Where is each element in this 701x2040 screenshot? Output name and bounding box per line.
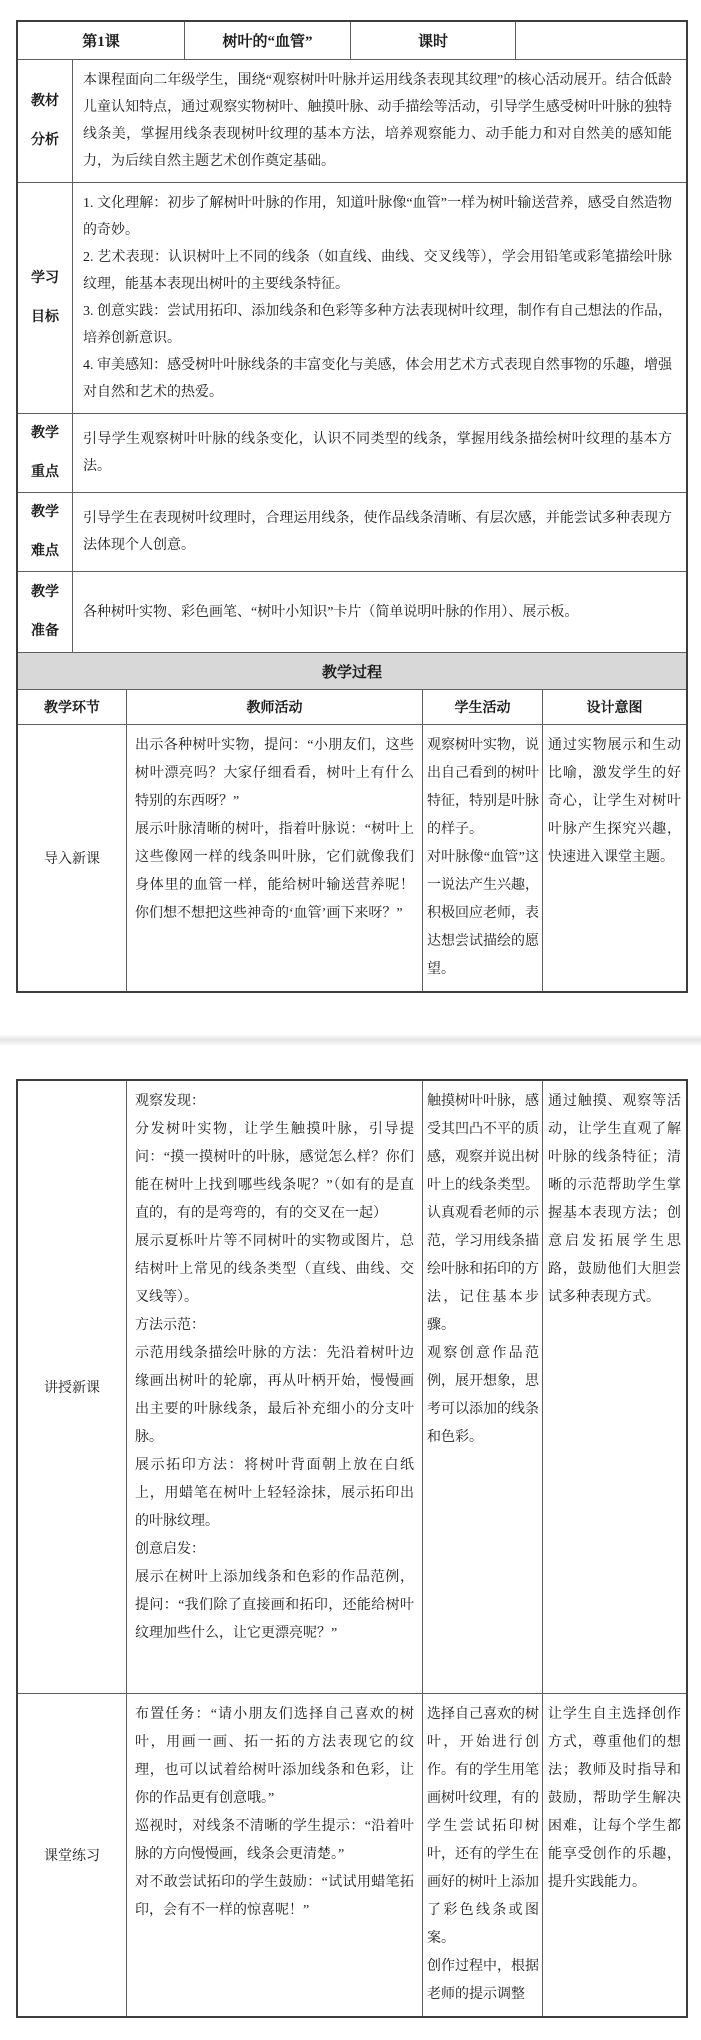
material-analysis-content: 本课程面向二年级学生，围绕“观察树叶叶脉并运用线条表现其纹理”的核心活动展开。结…	[72, 60, 686, 182]
learning-goals-label: 学习 目标	[18, 183, 72, 413]
page-one: 第1课 树叶的“血管” 课时 教材 分析 本课程面向二年级学生，围绕“观察树叶叶…	[0, 0, 701, 993]
design-intent-cell: 通过触摸、观察等活动，让学生直观了解叶脉的线条特征；清晰的示范帮助学生掌握基本表…	[542, 1081, 686, 1693]
stage-name: 导入新课	[18, 725, 126, 991]
cell-paragraph: 观察发现：	[135, 1088, 414, 1116]
page-separator	[0, 1035, 701, 1045]
label-line: 教材	[31, 88, 59, 115]
cell-paragraph: 巡视时，对线条不清晰的学生提示：“沿着叶脉的方向慢慢画，线条会更清楚。”	[135, 1813, 414, 1869]
teaching-difficulty-label: 教学 难点	[18, 493, 72, 571]
cell-paragraph: 出示各种树叶实物，提问：“小朋友们，这些树叶漂亮吗？大家仔细看看，树叶上有什么特…	[135, 732, 414, 816]
cell-paragraph: 本课程面向二年级学生，围绕“观察树叶叶脉并运用线条表现其纹理”的核心活动展开。结…	[83, 67, 672, 175]
label-line: 准备	[31, 618, 59, 645]
cell-paragraph: 选择自己喜欢的树叶，开始进行创作。有的学生用笔画树叶纹理，有的学生尝试拓印树叶，…	[427, 1701, 539, 1953]
cell-paragraph: 展示夏栎叶片等不同树叶的实物或图片，总结树叶上常见的线条类型（直线、曲线、交叉线…	[135, 1228, 414, 1312]
cell-paragraph: 通过实物展示和生动比喻，激发学生的好奇心，让学生对树叶叶脉产生探究兴趣，快速进入…	[548, 732, 681, 872]
cell-paragraph: 观察创意作品范例，展开想象，思考可以添加的线条和色彩。	[427, 1340, 539, 1452]
teaching-preparation-row: 教学 准备 各种树叶实物、彩色画笔、“树叶小知识”卡片（简单说明叶脉的作用）、展…	[18, 571, 686, 652]
lesson-plan-table: 第1课 树叶的“血管” 课时 教材 分析 本课程面向二年级学生，围绕“观察树叶叶…	[16, 20, 688, 993]
cell-paragraph: 通过触摸、观察等活动，让学生直观了解叶脉的线条特征；清晰的示范帮助学生掌握基本表…	[548, 1088, 681, 1312]
cell-paragraph: 布置任务：“请小朋友们选择自己喜欢的树叶，用画一画、拓一拓的方法表现它的纹理，也…	[135, 1701, 414, 1813]
cell-paragraph: 方法示范：	[135, 1312, 414, 1340]
process-row-practice: 课堂练习 布置任务：“请小朋友们选择自己喜欢的树叶，用画一画、拓一拓的方法表现它…	[18, 1693, 686, 2016]
column-header-stage: 教学环节	[18, 690, 126, 724]
teaching-focus-label: 教学 重点	[18, 414, 72, 492]
stage-name: 讲授新课	[18, 1081, 126, 1693]
cell-paragraph: 展示叶脉清晰的树叶，指着叶脉说：“树叶上这些像网一样的线条叫叶脉，它们就像我们身…	[135, 816, 414, 928]
column-header-student: 学生活动	[422, 690, 542, 724]
cell-paragraph: 创意启发：	[135, 1536, 414, 1564]
stage-name: 课堂练习	[18, 1694, 126, 2016]
column-header-intent: 设计意图	[542, 690, 686, 724]
teaching-difficulty-row: 教学 难点 引导学生在表现树叶纹理时，合理运用线条，使作品线条清晰、有层次感，并…	[18, 492, 686, 571]
cell-paragraph: 创作过程中，根据老师的提示调整	[427, 1953, 539, 2009]
cell-paragraph: 2. 艺术表现：认识树叶上不同的线条（如直线、曲线、交叉线等），学会用铅笔或彩笔…	[83, 244, 672, 298]
cell-paragraph: 认真观看老师的示范，学习用线条描绘叶脉和拓印的方法，记住基本步骤。	[427, 1200, 539, 1340]
teacher-activity-cell: 观察发现： 分发树叶实物，让学生触摸叶脉，引导提问：“摸一摸树叶的叶脉，感觉怎么…	[126, 1081, 422, 1693]
cell-paragraph: 4. 审美感知：感受树叶叶脉线条的丰富变化与美感，体会用艺术方式表现自然事物的乐…	[83, 352, 672, 406]
label-line: 教学	[31, 579, 59, 606]
cell-paragraph: 引导学生观察树叶叶脉的线条变化，认识不同类型的线条，掌握用线条描绘树叶纹理的基本…	[83, 426, 672, 480]
teaching-difficulty-content: 引导学生在表现树叶纹理时，合理运用线条，使作品线条清晰、有层次感，并能尝试多种表…	[72, 493, 686, 571]
period-value-cell	[515, 22, 686, 59]
process-header-row: 教学环节 教师活动 学生活动 设计意图	[18, 689, 686, 724]
teacher-activity-cell: 出示各种树叶实物，提问：“小朋友们，这些树叶漂亮吗？大家仔细看看，树叶上有什么特…	[126, 725, 422, 991]
learning-goals-row: 学习 目标 1. 文化理解：初步了解树叶叶脉的作用，知道叶脉像“血管”一样为树叶…	[18, 182, 686, 413]
teaching-preparation-label: 教学 准备	[18, 572, 72, 652]
process-banner-title: 教学过程	[18, 653, 686, 689]
teaching-preparation-content: 各种树叶实物、彩色画笔、“树叶小知识”卡片（简单说明叶脉的作用）、展示板。	[72, 572, 686, 652]
lesson-title-cell: 树叶的“血管”	[184, 22, 350, 59]
cell-paragraph: 示范用线条描绘叶脉的方法：先沿着树叶边缘画出树叶的轮廓，再从叶柄开始，慢慢画出主…	[135, 1340, 414, 1452]
teacher-activity-cell: 布置任务：“请小朋友们选择自己喜欢的树叶，用画一画、拓一拓的方法表现它的纹理，也…	[126, 1694, 422, 2016]
material-analysis-row: 教材 分析 本课程面向二年级学生，围绕“观察树叶叶脉并运用线条表现其纹理”的核心…	[18, 59, 686, 182]
cell-paragraph: 展示拓印方法：将树叶背面朝上放在白纸上，用蜡笔在树叶上轻轻涂抹，展示拓印出的叶脉…	[135, 1452, 414, 1536]
lesson-number-cell: 第1课	[18, 22, 184, 59]
label-line: 目标	[31, 304, 59, 331]
cell-paragraph: 3. 创意实践：尝试用拓印、添加线条和色彩等多种方法表现树叶纹理，制作有自己想法…	[83, 298, 672, 352]
cell-paragraph: 展示在树叶上添加线条和色彩的作品范例，提问：“我们除了直接画和拓印，还能给树叶纹…	[135, 1564, 414, 1648]
cell-paragraph: 对不敢尝试拓印的学生鼓励：“试试用蜡笔拓印，会有不一样的惊喜呢！”	[135, 1869, 414, 1925]
label-line: 分析	[31, 127, 59, 154]
cell-paragraph: 引导学生在表现树叶纹理时，合理运用线条，使作品线条清晰、有层次感，并能尝试多种表…	[83, 505, 672, 559]
learning-goals-content: 1. 文化理解：初步了解树叶叶脉的作用，知道叶脉像“血管”一样为树叶输送营养，感…	[72, 183, 686, 413]
design-intent-cell: 通过实物展示和生动比喻，激发学生的好奇心，让学生对树叶叶脉产生探究兴趣，快速进入…	[542, 725, 686, 991]
teaching-focus-content: 引导学生观察树叶叶脉的线条变化，认识不同类型的线条，掌握用线条描绘树叶纹理的基本…	[72, 414, 686, 492]
label-line: 教学	[31, 420, 59, 447]
label-line: 重点	[31, 459, 59, 486]
cell-paragraph: 让学生自主选择创作方式，尊重他们的想法；教师及时指导和鼓励，帮助学生解决困难，让…	[548, 1701, 681, 1897]
student-activity-cell: 选择自己喜欢的树叶，开始进行创作。有的学生用笔画树叶纹理，有的学生尝试拓印树叶，…	[422, 1694, 542, 2016]
teaching-focus-row: 教学 重点 引导学生观察树叶叶脉的线条变化，认识不同类型的线条，掌握用线条描绘树…	[18, 413, 686, 492]
cell-paragraph: 触摸树叶叶脉，感受其凹凸不平的质感，观察并说出树叶上的线条类型。	[427, 1088, 539, 1200]
process-banner-row: 教学过程	[18, 652, 686, 689]
label-line: 难点	[31, 538, 59, 565]
title-row: 第1课 树叶的“血管” 课时	[18, 22, 686, 59]
page-two: 讲授新课 观察发现： 分发树叶实物，让学生触摸叶脉，引导提问：“摸一摸树叶的叶脉…	[0, 1079, 701, 2040]
label-line: 学习	[31, 265, 59, 292]
material-analysis-label: 教材 分析	[18, 60, 72, 182]
cell-paragraph: 对叶脉像“血管”这一说法产生兴趣，积极回应老师，表达想尝试描绘的愿望。	[427, 844, 539, 984]
column-header-teacher: 教师活动	[126, 690, 422, 724]
period-label-cell: 课时	[350, 22, 515, 59]
cell-paragraph: 观察树叶实物，说出自己看到的树叶特征，特别是叶脉的样子。	[427, 732, 539, 844]
student-activity-cell: 观察树叶实物，说出自己看到的树叶特征，特别是叶脉的样子。 对叶脉像“血管”这一说…	[422, 725, 542, 991]
label-line: 教学	[31, 499, 59, 526]
process-row-intro: 导入新课 出示各种树叶实物，提问：“小朋友们，这些树叶漂亮吗？大家仔细看看，树叶…	[18, 724, 686, 991]
design-intent-cell: 让学生自主选择创作方式，尊重他们的想法；教师及时指导和鼓励，帮助学生解决困难，让…	[542, 1694, 686, 2016]
process-table-continued: 讲授新课 观察发现： 分发树叶实物，让学生触摸叶脉，引导提问：“摸一摸树叶的叶脉…	[16, 1079, 688, 2018]
cell-paragraph: 1. 文化理解：初步了解树叶叶脉的作用，知道叶脉像“血管”一样为树叶输送营养，感…	[83, 190, 672, 244]
cell-paragraph: 各种树叶实物、彩色画笔、“树叶小知识”卡片（简单说明叶脉的作用）、展示板。	[83, 599, 672, 626]
cell-paragraph: 分发树叶实物，让学生触摸叶脉，引导提问：“摸一摸树叶的叶脉，感觉怎么样？你们能在…	[135, 1116, 414, 1228]
process-row-teach: 讲授新课 观察发现： 分发树叶实物，让学生触摸叶脉，引导提问：“摸一摸树叶的叶脉…	[18, 1081, 686, 1693]
student-activity-cell: 触摸树叶叶脉，感受其凹凸不平的质感，观察并说出树叶上的线条类型。 认真观看老师的…	[422, 1081, 542, 1693]
